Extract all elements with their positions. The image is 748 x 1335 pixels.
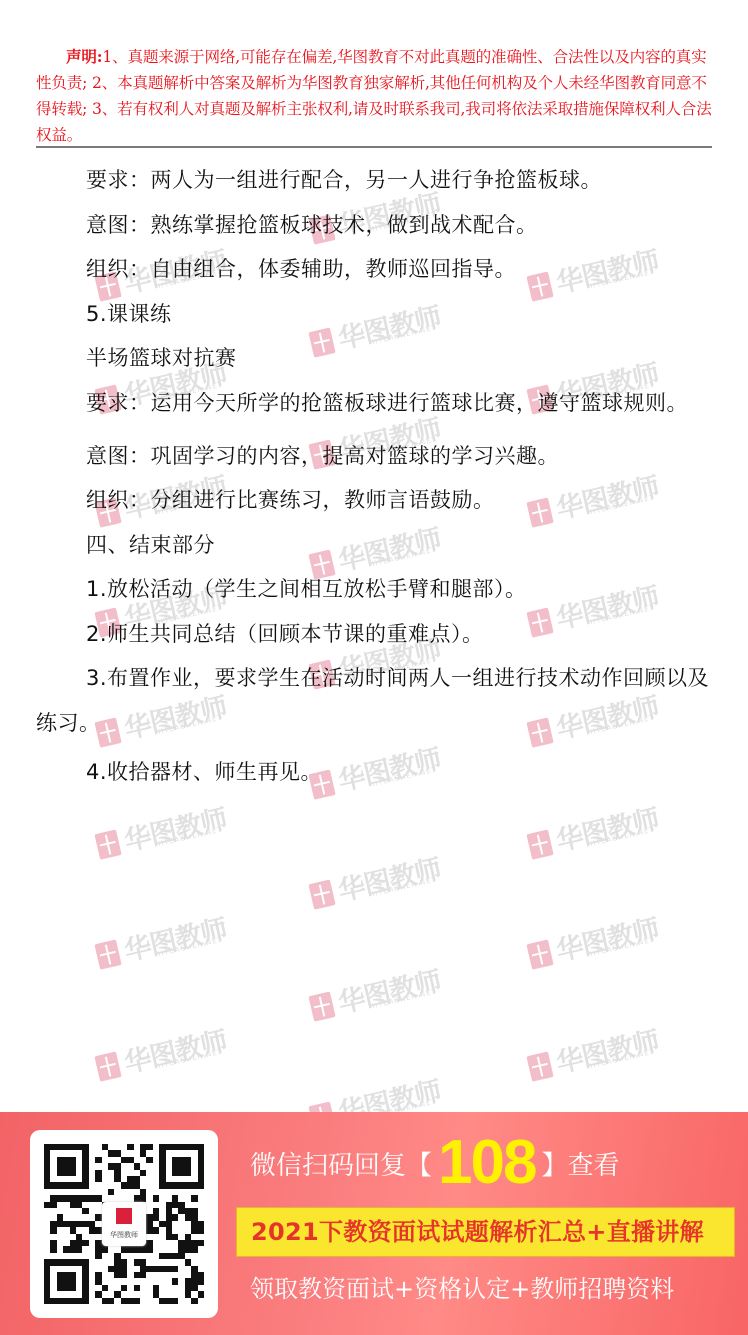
watermark-subtext: HTEACHER.NET: [589, 1048, 655, 1071]
watermark-subtext: HTEACHER.NET: [157, 826, 223, 849]
divider: [36, 146, 712, 148]
highlight-bar: 2021下教资面试试题解析汇总+直播讲解: [236, 1207, 735, 1257]
paragraph: 2.师生共同总结（回顾本节课的重难点）。: [36, 612, 712, 657]
qr-code[interactable]: 华图教师: [30, 1130, 218, 1318]
reply-prefix: 微信扫码回复【: [250, 1138, 432, 1194]
htjy-logo-icon: [308, 991, 335, 1021]
paragraph: 要求：两人为一组进行配合，另一人进行争抢篮板球。: [36, 158, 712, 203]
wechat-reply-line: 微信扫码回复【108】查看: [250, 1132, 619, 1202]
watermark-text: 华图教师: [552, 797, 662, 858]
promo-banner[interactable]: 华图教师 微信扫码回复【108】查看 2021下教资面试试题解析汇总+直播讲解 …: [0, 1112, 748, 1335]
resource-line: 领取教资面试+资格认定+教师招聘资料: [250, 1264, 674, 1314]
watermark-subtext: HTEACHER.NET: [157, 936, 223, 959]
htjy-logo-icon: [116, 1208, 132, 1224]
paragraph: 组织：自由组合，体委辅助，教师巡回指导。: [36, 247, 712, 292]
watermark-text: 华图教师: [334, 847, 444, 908]
htjy-logo-icon: [526, 1051, 553, 1081]
disclaimer-text: 1、真题来源于网络,可能存在偏差,华图教育不对此真题的准确性、合法性以及内容的真…: [36, 48, 712, 144]
watermark: 华图教师HTEACHER.NET: [91, 787, 251, 879]
paragraph: 意图：熟练掌握抢篮板球技术，做到战术配合。: [36, 203, 712, 248]
watermark: 华图教师HTEACHER.NET: [305, 837, 465, 929]
watermark-subtext: HTEACHER.NET: [157, 1048, 223, 1071]
htjy-logo-icon: [94, 939, 121, 969]
watermark: 华图教师HTEACHER.NET: [523, 1009, 683, 1101]
watermark-subtext: HTEACHER.NET: [371, 988, 437, 1011]
paragraph: 5.课课练: [36, 292, 712, 337]
watermark: 华图教师HTEACHER.NET: [91, 1009, 251, 1101]
highlight-text: 2021下教资面试试题解析汇总+直播讲解: [251, 1208, 704, 1256]
paragraph: 半场篮球对抗赛: [36, 336, 712, 381]
watermark: 华图教师HTEACHER.NET: [523, 897, 683, 989]
htjy-logo-icon: [526, 939, 553, 969]
paragraph: 要求：运用今天所学的抢篮板球进行篮球比赛，遵守篮球规则。: [36, 381, 712, 434]
reply-suffix: 】查看: [541, 1138, 619, 1194]
lesson-body: 要求：两人为一组进行配合，另一人进行争抢篮板球。 意图：熟练掌握抢篮板球技术，做…: [36, 158, 712, 795]
paragraph: 组织：分组进行比赛练习，教师言语鼓励。: [36, 478, 712, 523]
htjy-logo-icon: [526, 829, 553, 859]
watermark-text: 华图教师: [120, 907, 230, 968]
paragraph: 3.布置作业，要求学生在活动时间两人一组进行技术动作回顾以及练习。: [36, 656, 712, 750]
section-heading: 四、结束部分: [36, 523, 712, 568]
watermark-text: 华图教师: [552, 1019, 662, 1080]
disclaimer-label: 声明:: [66, 47, 102, 66]
htjy-logo-icon: [308, 879, 335, 909]
reply-code: 108: [438, 1132, 535, 1194]
watermark-text: 华图教师: [334, 959, 444, 1020]
watermark-subtext: HTEACHER.NET: [371, 876, 437, 899]
paragraph: 1.放松活动（学生之间相互放松手臂和腿部）。: [36, 567, 712, 612]
watermark-text: 华图教师: [552, 907, 662, 968]
watermark: 华图教师HTEACHER.NET: [305, 949, 465, 1041]
paragraph: 意图：巩固学习的内容，提高对篮球的学习兴趣。: [36, 434, 712, 479]
watermark-subtext: HTEACHER.NET: [589, 826, 655, 849]
qr-center-logo: 华图教师: [102, 1202, 146, 1246]
htjy-logo-icon: [94, 829, 121, 859]
watermark-text: 华图教师: [120, 797, 230, 858]
qr-logo-text: 华图教师: [104, 1230, 144, 1240]
htjy-logo-icon: [94, 1051, 121, 1081]
watermark-subtext: HTEACHER.NET: [589, 936, 655, 959]
disclaimer: 声明:1、真题来源于网络,可能存在偏差,华图教育不对此真题的准确性、合法性以及内…: [36, 44, 712, 148]
paragraph: 4.收拾器材、师生再见。: [36, 750, 712, 795]
watermark: 华图教师HTEACHER.NET: [523, 787, 683, 879]
watermark-text: 华图教师: [120, 1019, 230, 1080]
watermark: 华图教师HTEACHER.NET: [91, 897, 251, 989]
